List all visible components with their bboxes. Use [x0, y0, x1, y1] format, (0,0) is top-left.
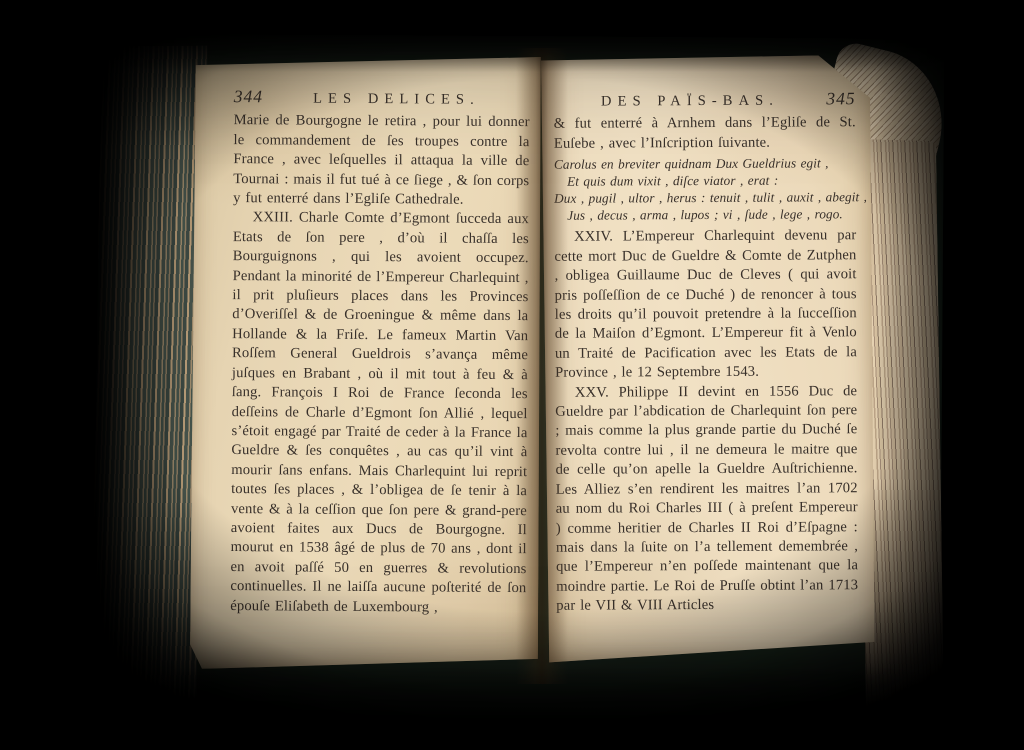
right-paragraph-xxiv: XXIV. L’Empereur Charlequint devenu par …	[554, 227, 857, 384]
left-paragraph-continuation: Marie de Bourgogne le retira , pour lui …	[233, 111, 530, 210]
left-page: 344 LES DELICES. Marie de Bourgogne le r…	[190, 53, 542, 671]
latin-inscription-verse: Carolus en breviter quidnam Dux Gueldriu…	[554, 155, 856, 224]
left-running-head: 344 LES DELICES.	[234, 87, 530, 110]
left-fore-edge-pages	[90, 46, 207, 699]
left-page-number: 344	[234, 87, 263, 107]
verse-line: Dux , pugil , ultor , herus : tenuit , t…	[554, 189, 856, 207]
right-paragraph-continuation: & fut enterré à Arnhem dans l’Egliſe de …	[554, 114, 856, 154]
left-running-title: LES DELICES.	[263, 89, 530, 110]
verse-line: Jus , decus , arma , lupos ; vi , ſude ,…	[554, 206, 856, 224]
right-running-head: DES PAÏS-BAS. 345	[554, 89, 856, 112]
book-photo-scene: 344 LES DELICES. Marie de Bourgogne le r…	[0, 0, 1024, 750]
right-paragraph-xxv: XXV. Philippe II devint en 1556 Duc de G…	[555, 382, 858, 616]
right-running-title: DES PAÏS-BAS.	[554, 91, 827, 112]
right-page: DES PAÏS-BAS. 345 & fut enterré à Arnhem…	[539, 55, 874, 665]
verse-line: Carolus en breviter quidnam Dux Gueldriu…	[554, 155, 856, 173]
right-page-number: 345	[826, 89, 855, 109]
left-paragraph-xxiii: XXIII. Charle Comte d’Egmont ſucceda aux…	[230, 209, 529, 619]
verse-line: Et quis dum vixit , diſce viator , erat …	[554, 172, 856, 190]
